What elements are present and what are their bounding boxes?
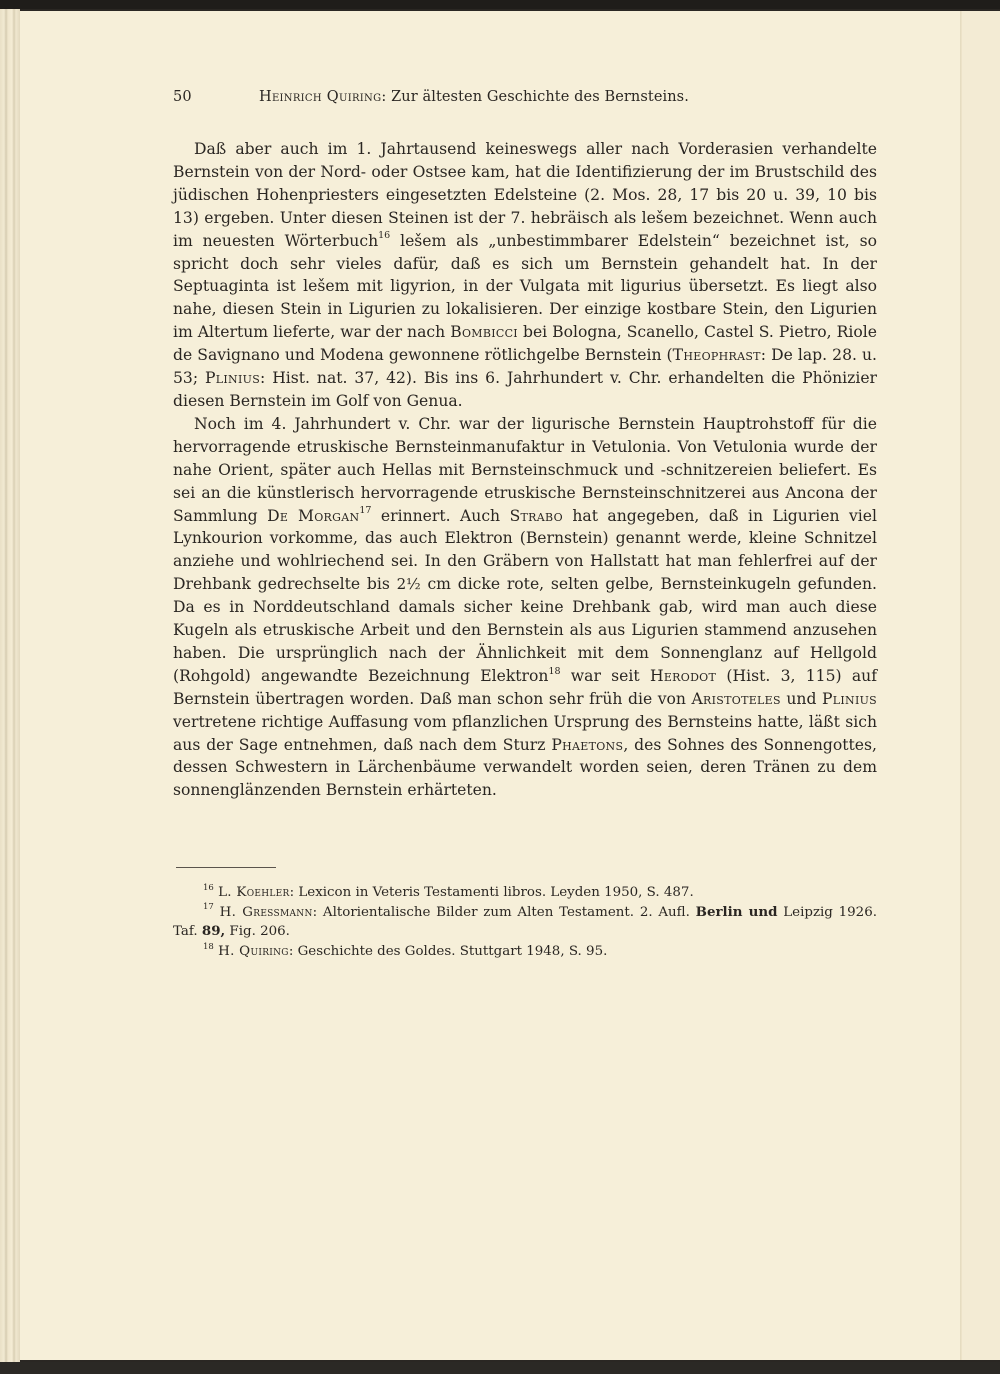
name-aristoteles: Aristoteles <box>692 690 781 708</box>
footnote-text: : Altorientalische Bilder zum Alten Test… <box>313 905 696 920</box>
paragraph-2: Noch im 4. Jahrhundert v. Chr. war der l… <box>173 413 877 802</box>
name-bombicci: Bombicci <box>450 323 518 341</box>
text-segment: und <box>781 690 822 708</box>
measure-fraction: 2½ <box>397 575 421 593</box>
footnote-author: L. Koehler <box>218 885 290 900</box>
text-segment: erinnert. Auch <box>371 507 509 525</box>
paragraph-1: Daß aber auch im 1. Jahrtausend keineswe… <box>173 138 877 413</box>
page-right-margin-strip <box>962 11 1000 1360</box>
footnote-16: 16 L. Koehler: Lexicon in Veteris Testam… <box>173 883 877 903</box>
footnote-text: : Geschichte des Goldes. Stuttgart 1948,… <box>289 944 608 959</box>
footnote-divider <box>176 867 276 868</box>
footnote-ref-17[interactable]: 17 <box>359 505 371 516</box>
footnote-number: 16 <box>203 883 214 893</box>
scan-border-top <box>0 0 1000 9</box>
name-plinius: Plinius <box>205 369 260 387</box>
footnote-number: 18 <box>203 942 214 952</box>
name-herodot: Herodot <box>650 667 716 685</box>
name-theophrast: Theophrast <box>673 346 761 364</box>
footnote-author: H. Gressmann <box>220 905 313 920</box>
footnote-text: : Lexicon in Veteris Testamenti libros. … <box>290 885 694 900</box>
running-author: Heinrich Quiring <box>259 89 381 105</box>
name-plinius: Plinius <box>822 690 877 708</box>
footnote-17: 17 H. Gressmann: Altorientalische Bilder… <box>173 903 877 942</box>
running-title: Heinrich Quiring: Zur ältesten Geschicht… <box>259 89 689 105</box>
page-stack-edge <box>0 9 20 1362</box>
footnote-18: 18 H. Quiring: Geschichte des Goldes. St… <box>173 942 877 962</box>
name-strabo: Strabo <box>510 507 563 525</box>
footnote-bold-text: Berlin und <box>696 904 778 920</box>
name-phaetons: Phaetons <box>551 736 623 754</box>
footnote-text: Fig. 206. <box>225 924 290 939</box>
running-separator: : <box>381 89 386 105</box>
text-segment: war seit <box>561 667 650 685</box>
text-segment: : Hist. nat. 37, 42). Bis ins 6. Jahrhun… <box>173 369 877 410</box>
name-de-morgan: De Morgan <box>267 507 359 525</box>
footnote-ref-18[interactable]: 18 <box>548 666 560 677</box>
footnote-author: H. Quiring <box>218 944 289 959</box>
footnotes: 16 L. Koehler: Lexicon in Veteris Testam… <box>173 883 877 962</box>
footnote-number: 17 <box>203 902 214 912</box>
running-head: 50 Heinrich Quiring: Zur ältesten Geschi… <box>173 89 877 111</box>
scan-border-bottom <box>0 1362 1000 1374</box>
body-text: Daß aber auch im 1. Jahrtausend keineswe… <box>173 138 877 802</box>
footnote-ref-16[interactable]: 16 <box>378 230 390 241</box>
running-title-text: Zur ältesten Geschichte des Bernsteins. <box>391 89 689 105</box>
page-number: 50 <box>173 89 192 105</box>
book-page: 50 Heinrich Quiring: Zur ältesten Geschi… <box>20 11 1000 1360</box>
footnote-bold-text: 89, <box>202 923 225 939</box>
